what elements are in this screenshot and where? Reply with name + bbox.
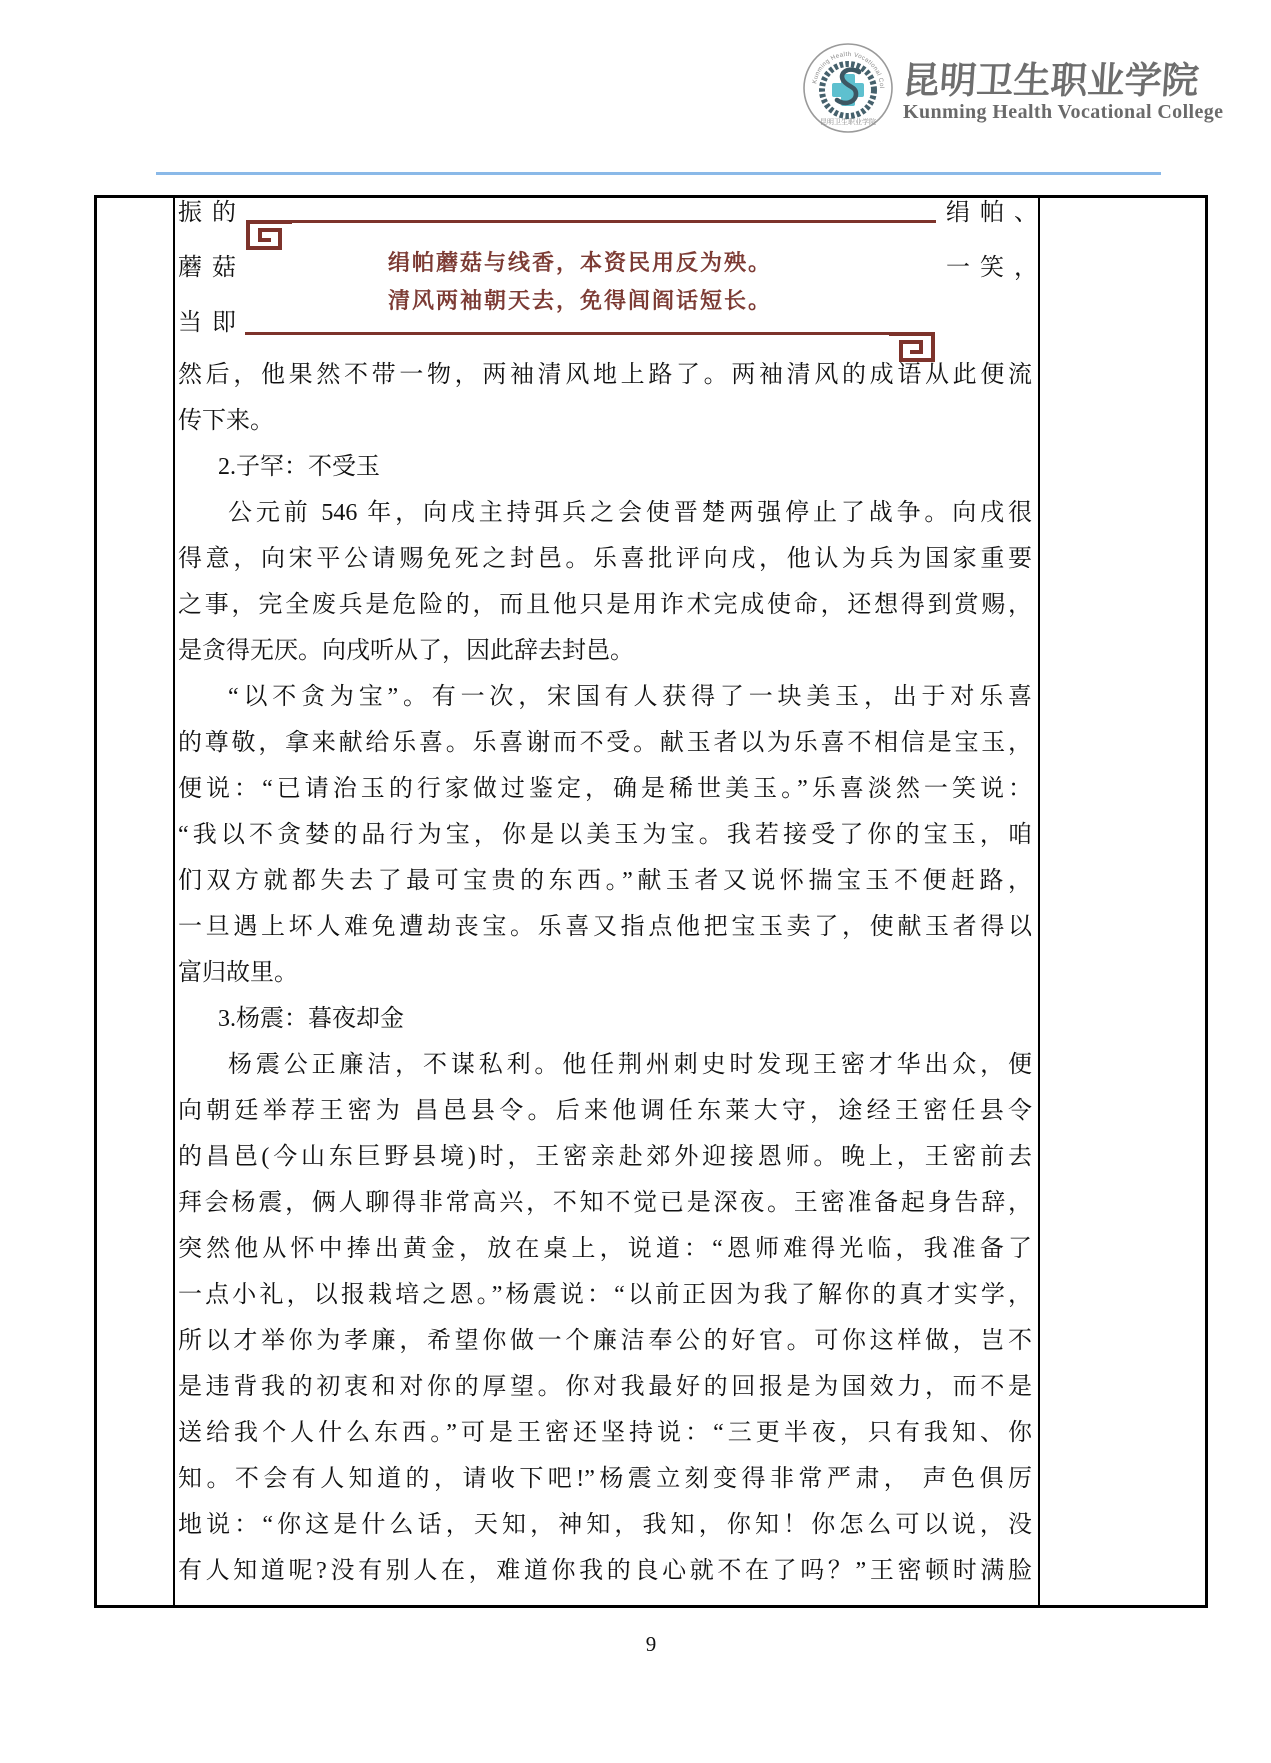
text-line: 们双方就都失去了最可宝贵的东西。”献玉者又说怀揣宝玉不便赶路， [178,858,1032,904]
text-line: 的尊敬，拿来献给乐喜。乐喜谢而不受。献玉者以为乐喜不相信是宝玉， [178,720,1032,766]
text-line: 传下来。 [178,398,1032,444]
text-line: 是违背我的初衷和对你的厚望。你对我最好的回报是为国效力，而不是 [178,1364,1032,1410]
text-line: 向朝廷举荐王密为 昌邑县令。后来他调任东莱大守，途经王密任县令 [178,1088,1032,1134]
text-line: 一旦遇上坏人难免遭劫丧宝。乐喜又指点他把宝玉卖了，使献玉者得以 [178,904,1032,950]
college-seal-logo: Kunming Health Vocational College 昆明卫生职业… [802,42,894,134]
text-line: 杨震公正廉洁，不谋私利。他任荆州刺史时发现王密才华出众，便 [178,1042,1032,1088]
college-name-zh: 昆明卫生职业学院 [901,50,1205,102]
text-line: 拜会杨震，俩人聊得非常高兴，不知不觉已是深夜。王密准备起身告辞， [178,1180,1032,1226]
text-line: 便说：“已请治玉的行家做过鉴定，确是稀世美玉。”乐喜淡然一笑说： [178,766,1032,812]
wrap-fragment: 蘑菇 [178,251,246,285]
text-line: 的昌邑(今山东巨野县境)时，王密亲赴郊外迎接恩师。晚上，王密前去 [178,1134,1032,1180]
wrap-fragment: 振的 [178,196,246,230]
text-line: 之事，完全废兵是危险的，而且他只是用诈术完成使命，还想得到赏赐， [178,582,1032,628]
text-line: 地说：“你这是什么话，天知，神知，我知，你知！你怎么可以说，没 [178,1502,1032,1548]
page-number: 9 [94,1632,1208,1662]
wrap-fragment: 一笑， [946,251,1048,285]
wrap-fragment: 当即 [178,306,246,340]
text-line: 是贪得无厌。向戌听从了，因此辞去封邑。 [178,628,1032,674]
text-line: 所以才举你为孝廉，希望你做一个廉洁奉公的好官。可你这样做，岂不 [178,1318,1032,1364]
text-line: 富归故里。 [178,950,1032,996]
text-line: 公元前 546 年，向戌主持弭兵之会使晋楚两强停止了战争。向戌很 [178,490,1032,536]
poem-line-2: 清风两袖朝天去，免得闾阎话短长。 [280,282,880,320]
poem-box-bottom-border [245,332,891,335]
body-text: 然后，他果然不带一物，两袖清风地上路了。两袖清风的成语从此便流传下来。2.子罕：… [178,352,1032,1594]
text-line: 3.杨震：暮夜却金 [178,996,1032,1042]
table-column-divider-left [173,198,175,1605]
text-line: 突然他从怀中捧出黄金，放在桌上，说道：“恩师难得光临，我准备了 [178,1226,1032,1272]
header-divider-line [156,172,1161,175]
text-line: “以不贪为宝”。有一次，宋国有人获得了一块美玉，出于对乐喜 [178,674,1032,720]
poem-box-top-border [290,220,936,223]
table-column-divider-right [1038,198,1040,1605]
document-page: { "header": { "college_name_zh": "昆明卫生职业… [0,0,1271,1763]
text-line: 然后，他果然不带一物，两袖清风地上路了。两袖清风的成语从此便流 [178,352,1032,398]
text-line: “我以不贪婪的品行为宝，你是以美玉为宝。我若接受了你的宝玉，咱 [178,812,1032,858]
wrap-fragment: 绢帕、 [946,196,1048,230]
text-line: 知。不会有人知道的，请收下吧!”杨震立刻变得非常严肃， 声色俱厉 [178,1456,1032,1502]
text-line: 一点小礼，以报栽培之恩。”杨震说：“以前正因为我了解你的真才实学， [178,1272,1032,1318]
college-name-en: Kunming Health Vocational College [903,101,1223,127]
text-line: 2.子罕：不受玉 [178,444,1032,490]
poem-line-1: 绢帕蘑菇与线香，本资民用反为殃。 [280,244,880,282]
text-line: 送给我个人什么东西。”可是王密还坚持说：“三更半夜，只有我知、你 [178,1410,1032,1456]
text-line: 得意，向宋平公请赐免死之封邑。乐喜批评向戌，他认为兵为国家重要 [178,536,1032,582]
text-line: 有人知道呢?没有别人在，难道你我的良心就不在了吗？”王密顿时满脸 [178,1548,1032,1594]
svg-text:昆明卫生职业学院: 昆明卫生职业学院 [820,117,876,126]
